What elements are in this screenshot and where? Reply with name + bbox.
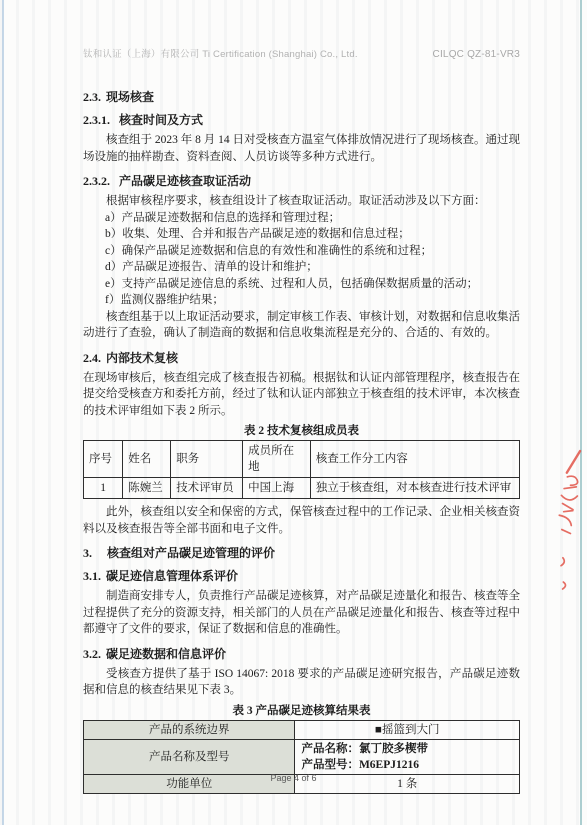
table-row: 产品的系统边界 ■摇篮到大门 — [84, 720, 520, 739]
heading-3-number: 3. — [83, 546, 92, 560]
page-header: 钛和认证（上海）有限公司 Ti Certification (Shanghai)… — [83, 46, 520, 60]
heading-3-1: 3.1. 碳足迹信息管理体系评价 — [83, 569, 520, 583]
heading-2-3-2: 2.3.2. 产品碳足迹核查取证活动 — [83, 174, 520, 188]
heading-2-4: 2.4. 内部技术复核 — [83, 351, 520, 365]
heading-2-3-text: 现场核查 — [106, 90, 154, 104]
product-model-line: 产品型号：M6EPJ1216 — [301, 757, 513, 773]
scanned-document-page: { "header": { "company": "钛和认证（上海）有限公司 T… — [0, 0, 587, 825]
heading-2-4-text: 内部技术复核 — [106, 351, 178, 365]
evidence-activity-list: a）产品碳足迹数据和信息的选择和管理过程； b）收集、处理、合并和报告产品碳足迹… — [83, 210, 520, 309]
heading-2-3: 2.3. 现场核查 — [83, 90, 520, 104]
paragraph-evidence-intro: 根据审核程序要求，核查组设计了核查取证活动。取证活动涉及以下方面： — [83, 193, 520, 210]
product-name-line: 产品名称：氯丁胶多楔带 — [301, 741, 513, 757]
paragraph-confidentiality: 此外，核查组以安全和保密的方式，保管核查过程中的工作记录、企业相关核查资料以及核… — [83, 504, 520, 537]
heading-3-1-text: 碳足迹信息管理体系评价 — [106, 569, 238, 583]
heading-2-3-number: 2.3. — [83, 90, 101, 104]
heading-3-1-number: 3.1. — [83, 569, 101, 583]
table2-cell-role: 技术评审员 — [171, 478, 243, 499]
list-item-c: c）确保产品碳足迹数据和信息的有效性和准确性的系统和过程； — [83, 243, 520, 260]
heading-2-3-1: 2.3.1. 核查时间及方式 — [83, 113, 520, 127]
scan-edge-right — [580, 0, 582, 825]
table2-header-duty: 核查工作分工内容 — [310, 441, 519, 478]
list-item-a: a）产品碳足迹数据和信息的选择和管理过程； — [83, 210, 520, 227]
table2-cell-name: 陈婉兰 — [123, 478, 171, 499]
document-code: CILQC QZ-81-VR3 — [433, 49, 520, 60]
table-row: 产品名称及型号 产品名称：氯丁胶多楔带 产品型号：M6EPJ1216 — [84, 739, 520, 774]
scan-edge-left — [2, 0, 4, 825]
footer-page-number: Page 4 of 6 — [0, 773, 587, 783]
list-item-f: f）监测仪器维护结果； — [83, 292, 520, 309]
table3-value-system-boundary: ■摇篮到大门 — [295, 720, 520, 739]
company-name: 钛和认证（上海）有限公司 Ti Certification (Shanghai)… — [83, 46, 358, 60]
list-item-b: b）收集、处理、合并和报告产品碳足迹的数据和信息过程； — [83, 226, 520, 243]
heading-2-3-1-text: 核查时间及方式 — [119, 113, 203, 127]
paragraph-management-system: 制造商安排专人，负责推行产品碳足迹核算，对产品碳足迹量化和报告、核查等全过程提供… — [83, 588, 520, 638]
heading-3-2-text: 碳足迹数据和信息评价 — [106, 647, 226, 661]
table2-header-role: 职务 — [171, 441, 243, 478]
document-body: 2.3. 现场核查 2.3.1. 核查时间及方式 核查组于 2023 年 8 月… — [83, 88, 520, 794]
table3-label-product-name-model: 产品名称及型号 — [84, 739, 295, 774]
table3-value-product-name-model: 产品名称：氯丁胶多楔带 产品型号：M6EPJ1216 — [295, 739, 520, 774]
paragraph-internal-review: 在现场审核后，核查组完成了核查报告初稿。根据钛和认证内部管理程序，核查报告在提交… — [83, 370, 520, 420]
heading-2-4-number: 2.4. — [83, 351, 101, 365]
table3-caption: 表 3 产品碳足迹核算结果表 — [83, 704, 520, 718]
heading-2-3-2-number: 2.3.2. — [83, 174, 110, 188]
heading-3-text: 核查组对产品碳足迹管理的评价 — [107, 546, 275, 560]
table-row: 1 陈婉兰 技术评审员 中国上海 独立于核查组，对本核查进行技术评审 — [84, 478, 520, 499]
table2-header-location: 成员所在地 — [243, 441, 311, 478]
list-item-e: e）支持产品碳足迹信息的系统、过程和人员，包括确保数据质量的活动； — [83, 276, 520, 293]
table2-cell-location: 中国上海 — [243, 478, 311, 499]
table2-caption: 表 2 技术复核组成员表 — [83, 424, 520, 438]
paragraph-evidence-result: 核查组基于以上取证活动要求，制定审核工作表、审核计划，对数据和信息收集活动进行了… — [83, 309, 520, 342]
list-item-d: d）产品碳足迹报告、清单的设计和维护； — [83, 259, 520, 276]
paragraph-onsite-verification: 核查组于 2023 年 8 月 14 日对受核查方温室气体排放情况进行了现场核查… — [83, 132, 520, 165]
table2-cell-index: 1 — [84, 478, 123, 499]
handwriting-strokes-icon — [548, 448, 584, 608]
paragraph-data-evaluation: 受核查方提供了基于 ISO 14067: 2018 要求的产品碳足迹研究报告，产… — [83, 666, 520, 699]
heading-3: 3. 核查组对产品碳足迹管理的评价 — [83, 546, 520, 560]
handwritten-margin-annotation — [548, 448, 584, 608]
table2-cell-duty: 独立于核查组，对本核查进行技术评审 — [310, 478, 519, 499]
heading-3-2: 3.2. 碳足迹数据和信息评价 — [83, 647, 520, 661]
table-technical-review-members: 序号 姓名 职务 成员所在地 核查工作分工内容 1 陈婉兰 技术评审员 中国上海… — [83, 440, 520, 499]
heading-3-2-number: 3.2. — [83, 647, 101, 661]
heading-2-3-2-text: 产品碳足迹核查取证活动 — [119, 174, 251, 188]
table2-header-index: 序号 — [84, 441, 123, 478]
table3-label-system-boundary: 产品的系统边界 — [84, 720, 295, 739]
heading-2-3-1-number: 2.3.1. — [83, 113, 110, 127]
table2-header-name: 姓名 — [123, 441, 171, 478]
table2-header-row: 序号 姓名 职务 成员所在地 核查工作分工内容 — [84, 441, 520, 478]
